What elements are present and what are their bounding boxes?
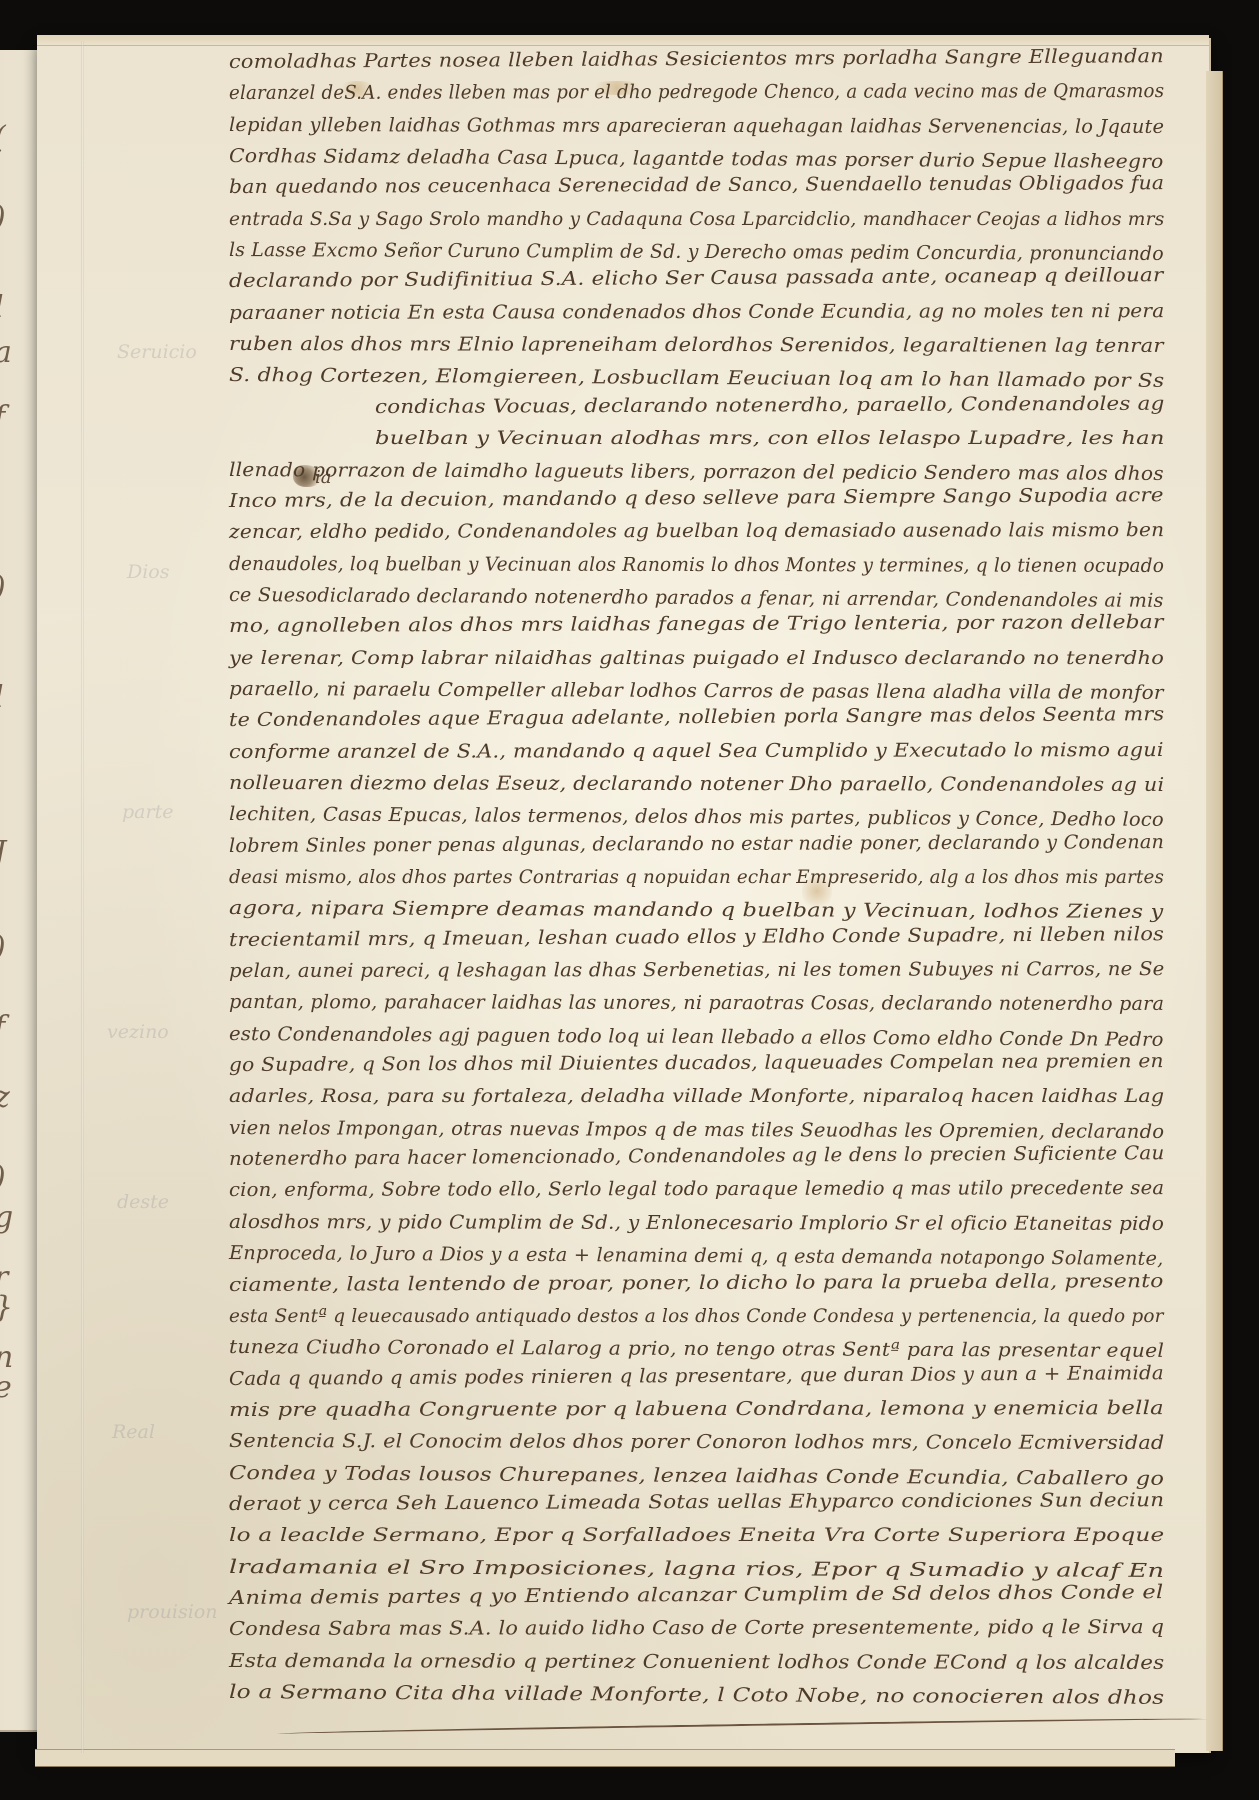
bleed-through-text: vezino xyxy=(107,1021,169,1043)
manuscript-line: go Supadre, q Son los dhos mil Diuientes… xyxy=(229,1050,1164,1076)
manuscript-line: deasi mismo, alos dhos partes Contrarias… xyxy=(229,866,1164,888)
manuscript-line: notenerdho para hacer lomencionado, Cond… xyxy=(229,1142,1165,1170)
underlying-page-mark: ) xyxy=(0,570,6,605)
manuscript-line: pantan, plomo, parahacer laidhas las uno… xyxy=(229,991,1164,1015)
underlying-page-mark: f xyxy=(0,400,5,435)
manuscript-line: lepidan ylleben laidhas Gothmas mrs apar… xyxy=(229,114,1164,138)
manuscript-line: elaranzel deS.A. endes lleben mas por el… xyxy=(229,80,1164,104)
manuscript-line: Cordhas Sidamz deladha Casa Lpuca, lagan… xyxy=(229,145,1164,173)
manuscript-line: mis pre quadha Congruente por q labuena … xyxy=(229,1397,1164,1421)
manuscript-line: esto Condenandoles agj paguen todo loq u… xyxy=(229,1023,1164,1051)
underlying-page-mark: ( xyxy=(0,120,6,155)
manuscript-line: Esta demanda la ornesdio q pertinez Conu… xyxy=(229,1650,1164,1674)
bleed-through-text: Real xyxy=(112,1421,155,1443)
underlying-page-mark: ) xyxy=(0,200,6,235)
manuscript-line: Cada q quando q amis podes rinieren q la… xyxy=(229,1362,1164,1390)
manuscript-line: alosdhos mrs, y pido Cumplim de Sd., y E… xyxy=(229,1211,1164,1235)
manuscript-line: entrada S.Sa y Sago Srolo mandho y Cadaq… xyxy=(229,208,1164,230)
manuscript-line: Condesa Sabra mas S.A. lo auido lidho Ca… xyxy=(229,1616,1164,1640)
manuscript-line: Anima demis partes q yo Entiendo alcanza… xyxy=(229,1581,1164,1609)
manuscript-line: lo a leaclde Sermano, Epor q Sorfalladoe… xyxy=(229,1524,1164,1546)
manuscript-line: declarando por Sudifinitiua S.A. elicho … xyxy=(229,265,1164,293)
manuscript-line: zencar, eldho pedido, Condenandoles ag b… xyxy=(229,519,1164,543)
underlying-page-mark: g xyxy=(0,1200,13,1235)
bleed-through-text: deste xyxy=(117,1191,169,1213)
manuscript-line: lechiten, Casas Epucas, lalos termenos, … xyxy=(229,803,1164,831)
manuscript-line: comoladhas Partes nosea lleben laidhas S… xyxy=(229,45,1164,73)
manuscript-page: Seruicio Dios parte vezino deste Real pr… xyxy=(37,38,1211,1753)
manuscript-line: Condea y Todas lousos Churepanes, lenzea… xyxy=(229,1462,1164,1490)
manuscript-line: tuneza Ciudho Coronado el Lalarog a prio… xyxy=(229,1336,1164,1362)
underlying-page-mark: f xyxy=(0,1010,5,1045)
manuscript-line: trecientamil mrs, q Imeuan, leshan cuado… xyxy=(229,923,1164,951)
manuscript-line: Enproceda, lo Juro a Dios y a esta + len… xyxy=(229,1242,1164,1270)
manuscript-line: adarles, Rosa, para su fortaleza, deladh… xyxy=(229,1085,1164,1107)
manuscript-line: esta Sentª q leuecausado antiquado desto… xyxy=(229,1305,1164,1327)
manuscript-line: ce Suesodiclarado declarando notenerdho … xyxy=(229,584,1164,612)
manuscript-line: mo, agnolleben alos dhos mrs laidhas fan… xyxy=(229,611,1164,637)
manuscript-line: lo a Sermano Cita dha villade Monforte, … xyxy=(229,1681,1165,1709)
manuscript-line: Inco mrs, de la decuion, mandando q deso… xyxy=(229,484,1164,512)
manuscript-line: vien nelos Impongan, otras nuevas Impos … xyxy=(229,1117,1164,1143)
manuscript-line: lradamania el Sro Imposiciones, lagna ri… xyxy=(229,1556,1164,1582)
manuscript-line: paraaner noticia En esta Causa condenado… xyxy=(229,300,1164,324)
manuscript-line: paraello, ni paraelu Compeller allebar l… xyxy=(229,678,1164,704)
manuscript-line: cion, enforma, Sobre todo ello, Serlo le… xyxy=(229,1177,1164,1201)
manuscript-line: buelban y Vecinuan alodhas mrs, con ello… xyxy=(375,427,1165,449)
manuscript-line: ruben alos dhos mrs Elnio lapreneiham de… xyxy=(229,333,1164,357)
bottom-deckle-edge xyxy=(35,1749,1175,1767)
manuscript-line: denaudoles, loq buelban y Vecinuan alos … xyxy=(229,553,1164,577)
manuscript-line: llenado porrazon de laimdho lagueuts lib… xyxy=(229,459,1164,485)
underlying-page-mark: ) xyxy=(0,930,6,965)
manuscript-line: Sentencia S.J. el Conocim delos dhos por… xyxy=(229,1430,1164,1454)
manuscript-line: ye lerenar, Comp labrar nilaidhas galtin… xyxy=(229,647,1164,669)
manuscript-line: S. dhog Cortezen, Elomgiereen, Losbuclla… xyxy=(229,364,1164,392)
manuscript-line: ciamente, lasta lentendo de proar, poner… xyxy=(229,1270,1164,1296)
manuscript-line: condichas Vocuas, declarando notenerdho,… xyxy=(375,392,1165,417)
manuscript-line: ban quedando nos ceucenhaca Serenecidad … xyxy=(229,172,1164,198)
binding-fold xyxy=(81,41,84,1753)
right-deckle-edge xyxy=(1206,71,1223,1751)
manuscript-line: ls Lasse Excmo Señor Curuno Cumplim de S… xyxy=(229,239,1164,265)
manuscript-line: lobrem Sinles poner penas algunas, decla… xyxy=(229,831,1164,857)
underlying-page-mark: z xyxy=(0,1080,10,1115)
top-deckle-edge xyxy=(37,35,1209,46)
bleed-through-text: parte xyxy=(122,801,173,823)
manuscript-line: agora, nipara Siempre deamas mandando q … xyxy=(229,897,1164,923)
manuscript-line: te Condenandoles aque Eragua adelante, n… xyxy=(229,703,1165,731)
underlying-page-mark: } xyxy=(0,1290,13,1325)
underlying-page-mark: ) xyxy=(0,1160,6,1195)
closing-flourish-line xyxy=(277,1717,1207,1737)
underlying-page-mark: e xyxy=(0,1370,12,1405)
underlying-page-mark: a xyxy=(0,335,12,370)
bleed-through-text: prouision xyxy=(127,1601,218,1623)
manuscript-line: deraot y cerca Seh Lauenco Limeada Sotas… xyxy=(229,1489,1164,1515)
underlying-page-mark: l xyxy=(0,680,4,715)
bleed-through-text: Seruicio xyxy=(117,341,197,363)
manuscript-line: conforme aranzel de S.A., mandando q aqu… xyxy=(229,739,1164,763)
underlying-page-mark: l xyxy=(0,290,4,325)
manuscript-line: pelan, aunei pareci, q leshagan las dhas… xyxy=(229,958,1165,982)
manuscript-line: nolleuaren diezmo delas Eseuz, declarand… xyxy=(229,772,1164,796)
underlying-page-mark: J xyxy=(0,835,6,870)
bleed-through-text: Dios xyxy=(127,561,170,583)
